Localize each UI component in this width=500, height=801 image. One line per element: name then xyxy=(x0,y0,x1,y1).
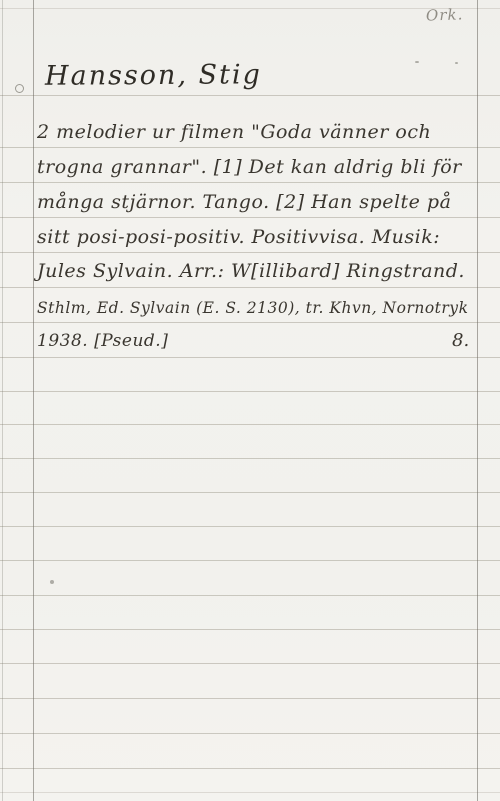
paper-speck xyxy=(415,61,419,63)
ruled-line xyxy=(0,322,500,323)
body-line: sitt posi-posi-positiv. Positivvisa. Mus… xyxy=(37,226,440,248)
ruled-line xyxy=(0,492,500,493)
ruled-line xyxy=(0,768,500,769)
body-line: trogna grannar". [1] Det kan aldrig bli … xyxy=(37,156,462,178)
page-number: 8. xyxy=(452,330,469,351)
ruled-line xyxy=(0,357,500,358)
paper-speck xyxy=(50,580,54,584)
ruled-line xyxy=(0,252,500,253)
catalog-card: Ork. Hansson, Stig 2 melodier ur filmen … xyxy=(0,0,500,801)
ruled-line xyxy=(0,147,500,148)
card-heading: Hansson, Stig xyxy=(45,59,262,92)
ruled-line xyxy=(0,182,500,183)
right-margin-line xyxy=(477,0,478,801)
ruled-line xyxy=(0,792,500,793)
ruled-line xyxy=(0,424,500,425)
ruled-line xyxy=(0,629,500,630)
body-line: 2 melodier ur filmen "Goda vänner och xyxy=(37,121,431,143)
card-edge-line xyxy=(2,0,3,801)
body-line: många stjärnor. Tango. [2] Han spelte på xyxy=(37,191,451,213)
ruled-line xyxy=(0,391,500,392)
ruled-line xyxy=(0,595,500,596)
ruled-line xyxy=(0,663,500,664)
ruled-line xyxy=(0,458,500,459)
ruled-line xyxy=(0,560,500,561)
body-line: Jules Sylvain. Arr.: W[illibard] Ringstr… xyxy=(37,260,465,282)
corner-note: Ork. xyxy=(426,5,464,24)
body-line: 1938. [Pseud.] xyxy=(37,331,168,351)
ruled-line xyxy=(0,698,500,699)
paper-speck xyxy=(455,62,458,64)
margin-ring-mark xyxy=(15,84,24,93)
left-margin-line xyxy=(33,0,34,801)
ruled-line xyxy=(0,526,500,527)
ruled-line xyxy=(0,217,500,218)
ruled-line xyxy=(0,287,500,288)
body-line: Sthlm, Ed. Sylvain (E. S. 2130), tr. Khv… xyxy=(37,299,468,317)
ruled-line xyxy=(0,95,500,96)
ruled-line xyxy=(0,733,500,734)
